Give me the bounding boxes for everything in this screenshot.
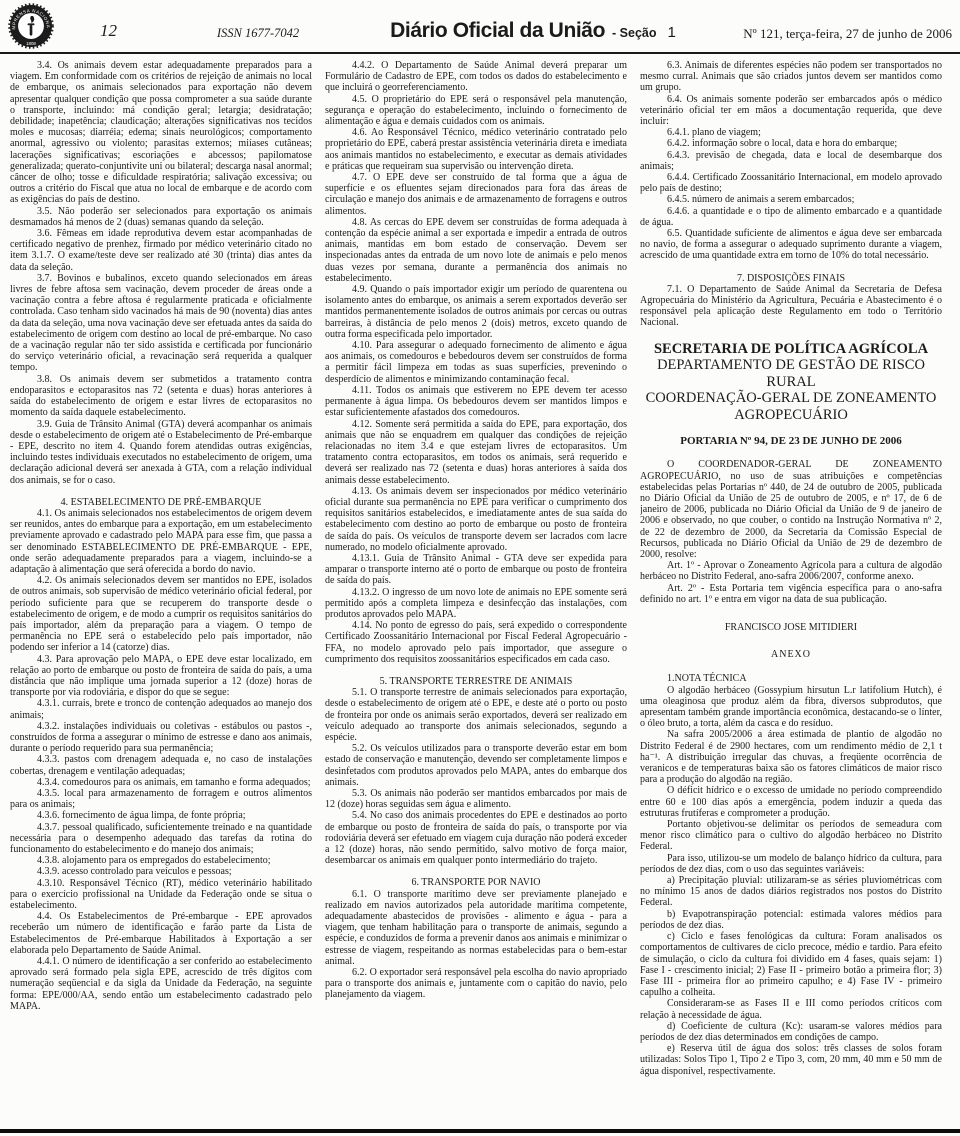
paragraph: 5.3. Os animais não poderão ser mantidos… <box>325 788 627 810</box>
gazette-page: IMPRENSA NACIONAL 1808 12 ISSN 1677-7042… <box>0 0 960 1136</box>
paragraph: 5.1. O transporte terrestre de animais s… <box>325 687 627 743</box>
paragraph: 6.4.1. plano de viagem; <box>640 127 942 138</box>
paragraph: 4.4.1. O número de identificação a ser c… <box>10 956 312 1012</box>
paragraph: O COORDENADOR-GERAL DE ZONEAMENTO AGROPE… <box>640 459 942 560</box>
paragraph: 3.7. Bovinos e bubalinos, exceto quando … <box>10 273 312 374</box>
paragraph: 6.4.2. informação sobre o local, data e … <box>640 138 942 149</box>
paragraph: O déficit hídrico e o excesso de umidade… <box>640 785 942 819</box>
edition-info: Nº 121, terça-feira, 27 de junho de 2006 <box>743 26 952 42</box>
masthead-section-label: - Seção <box>612 26 656 40</box>
paragraph: 6.4.5. número de animais a serem embarca… <box>640 194 942 205</box>
paragraph: 4.3.1. currais, brete e tronco de conten… <box>10 698 312 720</box>
paragraph: 6.2. O exportador será responsável pela … <box>325 967 627 1001</box>
paragraph: b) Evapotranspiração potencial: estimada… <box>640 909 942 931</box>
paragraph: 4.13.2. O ingresso de um novo lote de an… <box>325 587 627 621</box>
paragraph: 5.2. Os veículos utilizados para o trans… <box>325 743 627 788</box>
signature: FRANCISCO JOSE MITIDIERI <box>640 622 942 633</box>
paragraph: 3.4. Os animais devem estar adequadament… <box>10 60 312 206</box>
paragraph: 4.4.2. O Departamento de Saúde Animal de… <box>325 60 627 94</box>
paragraph: Para isso, utilizou-se um modelo de bala… <box>640 853 942 875</box>
org-subtitle: COORDENAÇÃO-GERAL DE ZONEAMENTO AGROPECU… <box>640 390 942 423</box>
paragraph: 6.1. O transporte marítimo deve ser prev… <box>325 889 627 967</box>
paragraph: 6.4. Os animais somente poderão ser emba… <box>640 94 942 128</box>
paragraph: 6.4.3. previsão de chegada, data e local… <box>640 150 942 172</box>
paragraph: 5.4. No caso dos animais procedentes do … <box>325 810 627 866</box>
paragraph: 4.7. O EPE deve ser construído de tal fo… <box>325 172 627 217</box>
paragraph: 7.1. O Departamento de Saúde Animal da S… <box>640 284 942 329</box>
paragraph: 4.3.4. comedouros para os animais, em ta… <box>10 777 312 788</box>
paragraph: 4.3.8. alojamento para os empregados do … <box>10 855 312 866</box>
paragraph: 4.3.9. acesso controlado para veículos e… <box>10 866 312 877</box>
column-middle: 4.4.2. O Departamento de Saúde Animal de… <box>325 60 627 1122</box>
annex-heading: ANEXO <box>640 649 942 660</box>
paragraph: 6.4.4. Certificado Zoossanitário Interna… <box>640 172 942 194</box>
article-body: 3.4. Os animais devem estar adequadament… <box>0 54 960 1122</box>
paragraph: Portanto objetivou-se delimitar os perío… <box>640 819 942 853</box>
paragraph: 6.4.6. a quantidade e o tipo de alimento… <box>640 206 942 228</box>
masthead-title: Diário Oficial da União <box>390 19 605 43</box>
paragraph: 4.3.5. local para armazenamento de forra… <box>10 788 312 810</box>
paragraph: Consideraram-se as Fases II e III como p… <box>640 998 942 1020</box>
paragraph: 3.8. Os animais devem ser submetidos a t… <box>10 374 312 419</box>
paragraph: 4.11. Todos os animais que estiverem no … <box>325 385 627 419</box>
section-heading: 4. ESTABELECIMENTO DE PRÉ-EMBARQUE <box>10 497 312 508</box>
issn-label: ISSN 1677-7042 <box>168 26 348 41</box>
paragraph: d) Coeficiente de cultura (Kc): usaram-s… <box>640 1021 942 1043</box>
masthead: Diário Oficial da União - Seção 1 <box>390 19 676 43</box>
paragraph: 4.3.10. Responsável Técnico (RT), médico… <box>10 878 312 912</box>
paragraph: O algodão herbáceo (Gossypium hirsutun L… <box>640 685 942 730</box>
paragraph: 4.10. Para assegurar o adequado fornecim… <box>325 340 627 385</box>
column-left: 3.4. Os animais devem estar adequadament… <box>10 60 312 1122</box>
paragraph: e) Reserva útil de água dos solos: três … <box>640 1043 942 1077</box>
paragraph: 3.9. Guia de Trânsito Animal (GTA) dever… <box>10 419 312 486</box>
paragraph: 4.9. Quando o país importador exigir um … <box>325 284 627 340</box>
paragraph: 4.3.2. instalações individuais ou coleti… <box>10 721 312 755</box>
paragraph: 4.3.6. fornecimento de água limpa, de fo… <box>10 810 312 821</box>
section-heading: 5. TRANSPORTE TERRESTRE DE ANIMAIS <box>325 676 627 687</box>
paragraph: 4.2. Os animais selecionados devem ser m… <box>10 575 312 653</box>
paragraph: 4.13. Os animais devem ser inspecionados… <box>325 486 627 553</box>
paragraph: Art. 2º - Esta Portaria tem vigência esp… <box>640 583 942 605</box>
page-number: 12 <box>100 21 117 41</box>
paragraph: c) Ciclo e fases fenológicas da cultura:… <box>640 931 942 998</box>
paragraph: 4.4. Os Estabelecimentos de Pré-embarque… <box>10 911 312 956</box>
paragraph: 4.12. Somente será permitida a saída do … <box>325 419 627 486</box>
paragraph: 4.6. Ao Responsável Técnico, médico vete… <box>325 127 627 172</box>
paragraph: a) Precipitação pluvial: utilizaram-se a… <box>640 875 942 909</box>
paragraph: 3.5. Não poderão ser selecionados para e… <box>10 206 312 228</box>
imprensa-nacional-logo: IMPRENSA NACIONAL 1808 <box>8 3 54 49</box>
paragraph: 4.8. As cercas do EPE devem ser construí… <box>325 217 627 284</box>
paragraph: 4.5. O proprietário do EPE será o respon… <box>325 94 627 128</box>
section-heading: 6. TRANSPORTE POR NAVIO <box>325 877 627 888</box>
paragraph: 4.14. No ponto de egresso do país, será … <box>325 620 627 665</box>
paragraph: 4.3.3. pastos com drenagem adequada e, n… <box>10 754 312 776</box>
org-subtitle: DEPARTAMENTO DE GESTÃO DE RISCO RURAL <box>640 357 942 390</box>
page-header: IMPRENSA NACIONAL 1808 12 ISSN 1677-7042… <box>0 0 960 52</box>
section-heading: 7. DISPOSIÇÕES FINAIS <box>640 273 942 284</box>
paragraph: 4.13.1. Guia de Trânsito Animal - GTA de… <box>325 553 627 587</box>
org-title: SECRETARIA DE POLÍTICA AGRÍCOLA <box>640 341 942 358</box>
paragraph: 3.6. Fêmeas em idade reprodutiva devem e… <box>10 228 312 273</box>
paragraph: 6.5. Quantidade suficiente de alimentos … <box>640 228 942 262</box>
paragraph: 4.3. Para aprovação pelo MAPA, o EPE dev… <box>10 654 312 699</box>
paragraph: Na safra 2005/2006 a área estimada de pl… <box>640 729 942 785</box>
paragraph: 4.1. Os animais selecionados nos estabel… <box>10 508 312 575</box>
portaria-heading: PORTARIA Nº 94, DE 23 DE JUNHO DE 2006 <box>640 436 942 447</box>
logo-year-label: 1808 <box>26 41 36 46</box>
bottom-divider <box>0 1129 960 1133</box>
paragraph: 1.NOTA TÉCNICA <box>640 673 942 684</box>
paragraph: Art. 1º - Aprovar o Zoneamento Agrícola … <box>640 560 942 582</box>
paragraph: 6.3. Animais de diferentes espécies não … <box>640 60 942 94</box>
masthead-section-number: 1 <box>667 24 675 41</box>
column-right: 6.3. Animais de diferentes espécies não … <box>640 60 942 1122</box>
paragraph: 4.3.7. pessoal qualificado, suficienteme… <box>10 822 312 856</box>
